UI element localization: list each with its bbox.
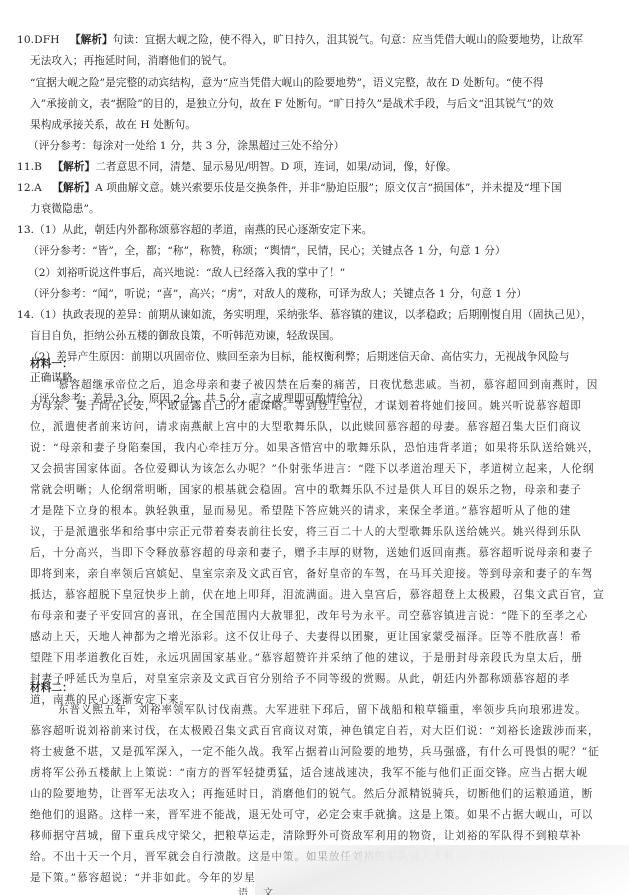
material1-line: 后，十分高兴，当即下令释放慕容超的母亲和妻子，赠予丰厚的财物，送她们返回南燕。慕…: [30, 546, 593, 560]
q10-line-1: 10.DFH 【解析】句读：宜据大岘之险，使不得入，旷日持久，沮其锐气。句意：应…: [17, 33, 583, 47]
q12-analysis-tag: 【解析】: [52, 182, 95, 194]
q10-line-5: 果构成承接关系，故在 H 处断句。: [30, 118, 196, 132]
q14-part1-line-2: 盲目自负，拒纳公孙五楼的御敌良策，不听韩范劝谏，轻敌误国。: [30, 329, 340, 343]
q11-line: 11.B 【解析】二者意思不同，清楚、显示易见/明智。D 项，连词，如果/动词，…: [17, 160, 457, 174]
q11-text: 二者意思不同，清楚、显示易见/明智。D 项，连词，如果/动词，像，好像。: [95, 161, 457, 173]
material2-line: 绝他们的退路。这样一来，晋军进不能战，退无处可守，必定会束手就擒。这是上策。如果…: [30, 808, 593, 822]
q10-analysis-tag: 【解析】: [70, 34, 113, 46]
q12-number: 12.A: [17, 182, 42, 194]
q13-part2-scoring: （评分参考：“闻”，听说；“喜”，高兴；“虏”，对敌人的蔑称，可译为敌人；关键点…: [28, 287, 527, 301]
material2-line: 慕容超听说刘裕前来讨伐，在太极殿召集文武百官商议对策，神色镇定自若，对大臣们说：…: [30, 724, 600, 738]
q10-number: 10.DFH: [17, 34, 60, 46]
q12-text: A 项曲解文意。姚兴索要乐伎是交换条件，并非“胁迫臣服”；原文仅言“损国体”，并…: [95, 182, 562, 194]
material1-line: 才是陛下立身的根本。孰轻孰重，显而易见。希望陛下答应姚兴的请求，来保全孝道。”慕…: [30, 504, 571, 518]
material2-line: 是下策。”慕容超说：“并非如此。今年的岁星: [30, 871, 256, 885]
q10-line-2: 无法攻入；再拖延时间，消磨他们的锐气。: [30, 54, 233, 68]
q13-part2: （2）刘裕听说这件事后，高兴地说：“敌人已经落入我的掌中了！”: [28, 266, 345, 280]
q11-number: 11.B: [17, 161, 42, 173]
material1-line: 抵达，慕容超脱下皇冠快步上前，伏在地上叩拜，泪流满面。进入皇宫后，慕容超登上太极…: [30, 588, 605, 602]
material2-line: 虏将军公孙五楼献上上策说：“南方的晋军轻捷勇猛，适合速战速决，我军不能与他们正面…: [30, 766, 588, 780]
answer-key-page: 10.DFH 【解析】句读：宜据大岘之险，使不得入，旷日持久，沮其锐气。句意：应…: [0, 0, 629, 895]
q12-line-1: 12.A 【解析】A 项曲解文意。姚兴索要乐伎是交换条件，并非“胁迫臣服”；原文…: [17, 181, 562, 195]
material2-line: 东晋义熙五年，刘裕率领军队讨伐南燕。大军进驻下邳后，留下战船和粮草辎重，率领步兵…: [58, 703, 587, 717]
material2-line: 将士疲惫不堪，又是孤军深入，一定不能久战。我军占据着山河险要的地势，兵马强盛，有…: [30, 745, 600, 759]
q13-part1: 13.（1）从此，朝廷内外都称颂慕容超的孝道，南燕的民心逐渐安定下来。: [17, 223, 373, 237]
q14-part1-line-1: 14.（1）执政表现的差异：前期从谏如流，务实明理，采纳张华、慕容镇的建议，以孝…: [17, 308, 592, 322]
material1-line: 慕容超继承帝位之后，追念母亲和妻子被囚禁在后秦的痛苦，日夜忧愁悲戚。当初，慕容超…: [58, 378, 598, 392]
q14-part2-line-1: （2）差异产生原因：前期以巩固帝位、赎回至亲为目标，能权衡利弊；后期迷信天命、高…: [28, 350, 570, 364]
material1-line: 即将到来，亲自率领后宫嫔妃、皇室宗亲及文武百官，备好皇帝的车驾，在马耳关迎接。等…: [30, 567, 593, 581]
material1-line: 议，于是派遣张华和给事中宗正元带着奏表前往长安，将三百二十人的大型歌舞乐队送给姚…: [30, 525, 582, 539]
q11-analysis-tag: 【解析】: [52, 161, 95, 173]
material1-line: 又会损害国家体面。各位爱卿认为该怎么办呢？”仆射张华进言：“陛下以孝道治理天下，…: [30, 462, 594, 476]
material1-line: 为母亲、妻子尚在长安，不敢显露自己的才能谋略。等到登上皇位，才谋划着将她们接回。…: [30, 399, 582, 413]
material1-line: 位，派遣使者前来访问，请求南燕献上宫中的大型歌舞乐队，以此赎回慕容超的母妻。慕容…: [30, 420, 582, 434]
material2-heading: 材料二：: [30, 681, 73, 695]
q10-line-4: 入”承接前文，表“据险”的目的，是独立分句，故在 F 处断句。“旷日持久”是战术…: [30, 97, 554, 111]
q10-line-3: “宜据大岘之险”是完整的动宾结构，意为“应当凭借大岘山的险要地势”，语义完整，故…: [30, 76, 544, 90]
q10-scoring: （评分参考：每涂对一处给 1 分，共 3 分，涂黑超过三处不给分）: [28, 139, 344, 153]
q10-text: 句读：宜据大岘之险，使不得入，旷日持久，沮其锐气。句意：应当凭借大岘山的险要地势…: [113, 34, 584, 46]
material1-line: 封妻子呼延氏为皇后，对皇室宗亲及文武百官分别给予不同等级的赏赐。从此，朝廷内外都…: [30, 672, 570, 686]
material1-heading: 材料一：: [30, 357, 73, 371]
material2-line: 移师据守莒城，留下重兵戍守梁父，把粮草运走，清除野外可资敌军利用的物资，让刘裕的…: [30, 829, 582, 843]
material1-line: 常就会明晰；人伦纲常明晰，国家的根基就会稳固。宫中的歌舞乐队不过是供人耳目的娱乐…: [30, 483, 582, 497]
material2-line: 山的险要地势，让晋军无法攻入；再拖延时日，消磨他们的锐气。然后分派精锐骑兵，切断…: [30, 787, 593, 801]
page-footer-subject: 语 文: [238, 884, 279, 895]
material1-line: 说：“母亲和妻子身陷秦国，我内心牵挂万分。如果吝惜宫中的歌舞乐队，恐怕违背孝道；…: [30, 441, 600, 455]
page-curl-blur: [255, 845, 629, 895]
q13-part1-scoring: （评分参考：“皆”，全，都；“称”，称赞，称颂；“舆情”，民情，民心；关键点各 …: [28, 244, 506, 258]
material1-line: 布母亲和妻子平安回宫的喜讯，在全国范围内大赦罪犯，改年号为永平。司空慕容镇进言说…: [30, 609, 588, 623]
material1-line: 感动上天，天地人神都为之增光添彩。这不仅让母子、夫妻得以团聚，更让国家蒙受福泽。…: [30, 630, 582, 644]
material1-line: 望陛下用孝道教化百姓，永远巩固国家基业。”慕容超赞许并采纳了他的建议，于是册封母…: [30, 651, 583, 665]
q12-line-2: 力衰微隐患”。: [30, 202, 100, 216]
